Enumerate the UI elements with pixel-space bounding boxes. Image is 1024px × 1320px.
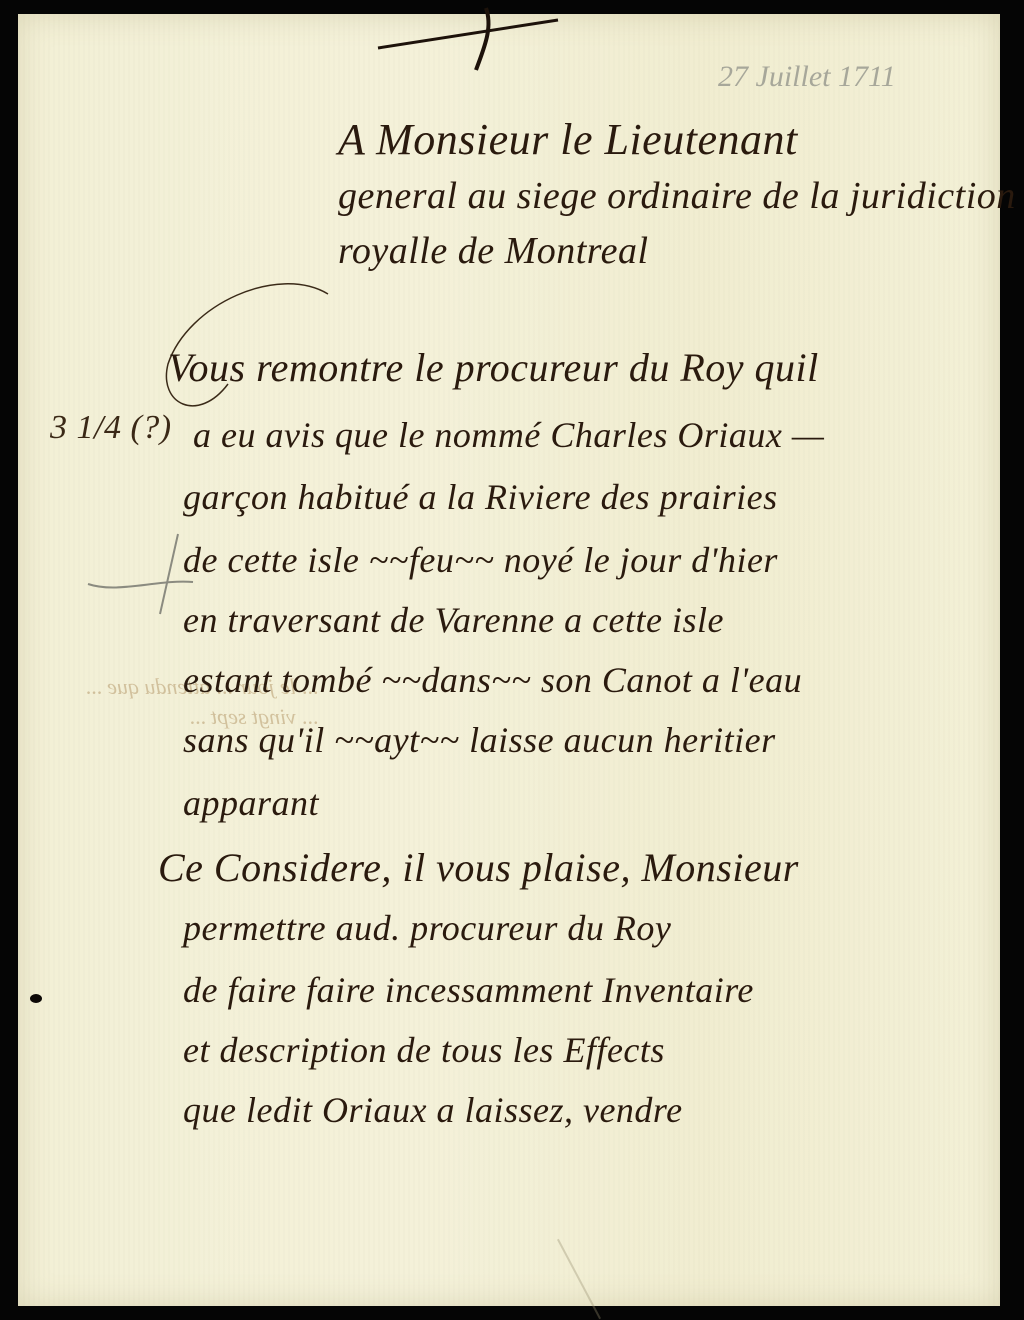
margin-note: 3 1/4 (?) [50,409,172,447]
manuscript-page: 27 Juillet 1711 A Monsieur le Lieutenant… [18,14,1000,1306]
body-line-8: apparant [183,782,319,824]
body-line-6: estant tombé ~~dans~~ son Canot a l'eau [183,659,802,701]
address-line-3: royalle de Montreal [338,229,649,273]
body-line-3: garçon habitué a la Riviere des prairies [183,476,778,518]
conclusion-line-1: Ce Considere, il vous plaise, Monsieur [158,844,799,891]
conclusion-line-4: et description de tous les Effects [183,1029,665,1071]
body-line-1: Vous remontre le procureur du Roy quil [168,344,819,391]
conclusion-line-3: de faire faire incessamment Inventaire [183,969,754,1011]
conclusion-line-2: permettre aud. procureur du Roy [183,907,671,949]
paper-tear [557,1239,601,1319]
body-line-7: sans qu'il ~~ayt~~ laisse aucun heritier [183,719,776,761]
address-line-2: general au siege ordinaire de la juridic… [338,174,1016,218]
cross-mark-icon [368,8,568,68]
pencil-cross-icon [78,534,198,624]
conclusion-line-5: que ledit Oriaux a laissez, vendre [183,1089,683,1131]
address-line-1: A Monsieur le Lieutenant [338,114,798,165]
pencil-date-note: 27 Juillet 1711 [718,60,896,94]
body-line-2: a eu avis que le nommé Charles Oriaux — [193,414,824,456]
body-line-5: en traversant de Varenne a cette isle [183,599,724,641]
ink-blot [30,994,42,1003]
body-line-4: de cette isle ~~feu~~ noyé le jour d'hie… [183,539,778,581]
